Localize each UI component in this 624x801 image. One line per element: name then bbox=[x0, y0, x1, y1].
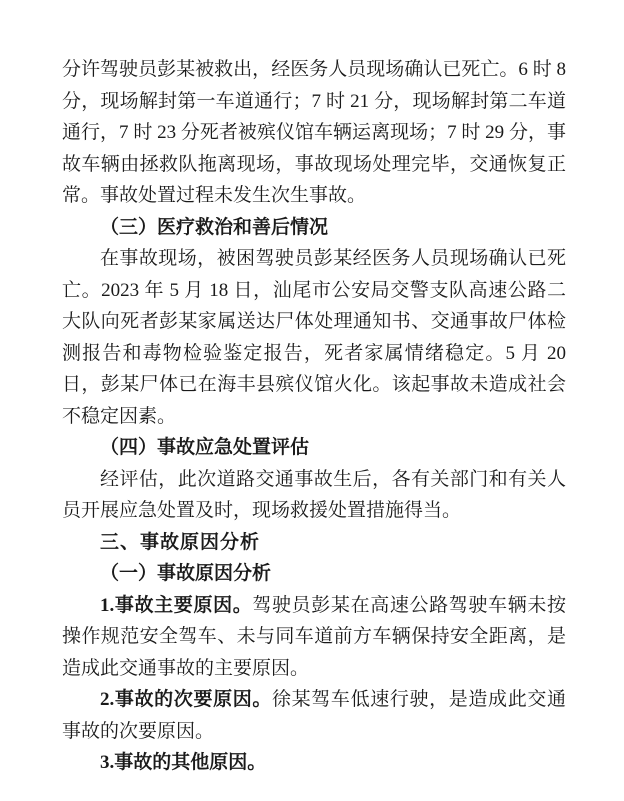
cause2-paragraph: 2.事故的次要原因。徐某驾车低速行驶，是造成此交通事故的次要原因。 bbox=[62, 684, 566, 747]
section3-heading: （三）医疗救治和善后情况 bbox=[62, 212, 566, 244]
chapter3-heading: 三、事故原因分析 bbox=[62, 527, 566, 559]
cause1-paragraph: 1.事故主要原因。驾驶员彭某在高速公路驾驶车辆未按操作规范安全驾车、未与同车道前… bbox=[62, 590, 566, 685]
cause2-lead: 2.事故的次要原因。 bbox=[100, 689, 272, 710]
cause3-heading: 3.事故的其他原因。 bbox=[62, 747, 566, 779]
section4-heading: （四）事故应急处置评估 bbox=[62, 432, 566, 464]
chapter3-sub1-heading: （一）事故原因分析 bbox=[62, 558, 566, 590]
cause1-lead: 1.事故主要原因。 bbox=[100, 595, 252, 616]
continuation-paragraph: 分许驾驶员彭某被救出，经医务人员现场确认已死亡。6 时 8 分，现场解封第一车道… bbox=[62, 54, 566, 212]
section4-paragraph: 经评估，此次道路交通事故生后，各有关部门和有关人员开展应急处置及时，现场救援处置… bbox=[62, 464, 566, 527]
section3-paragraph: 在事故现场，被困驾驶员彭某经医务人员现场确认已死亡。2023 年 5 月 18 … bbox=[62, 243, 566, 432]
document-page: 分许驾驶员彭某被救出，经医务人员现场确认已死亡。6 时 8 分，现场解封第一车道… bbox=[0, 0, 624, 801]
